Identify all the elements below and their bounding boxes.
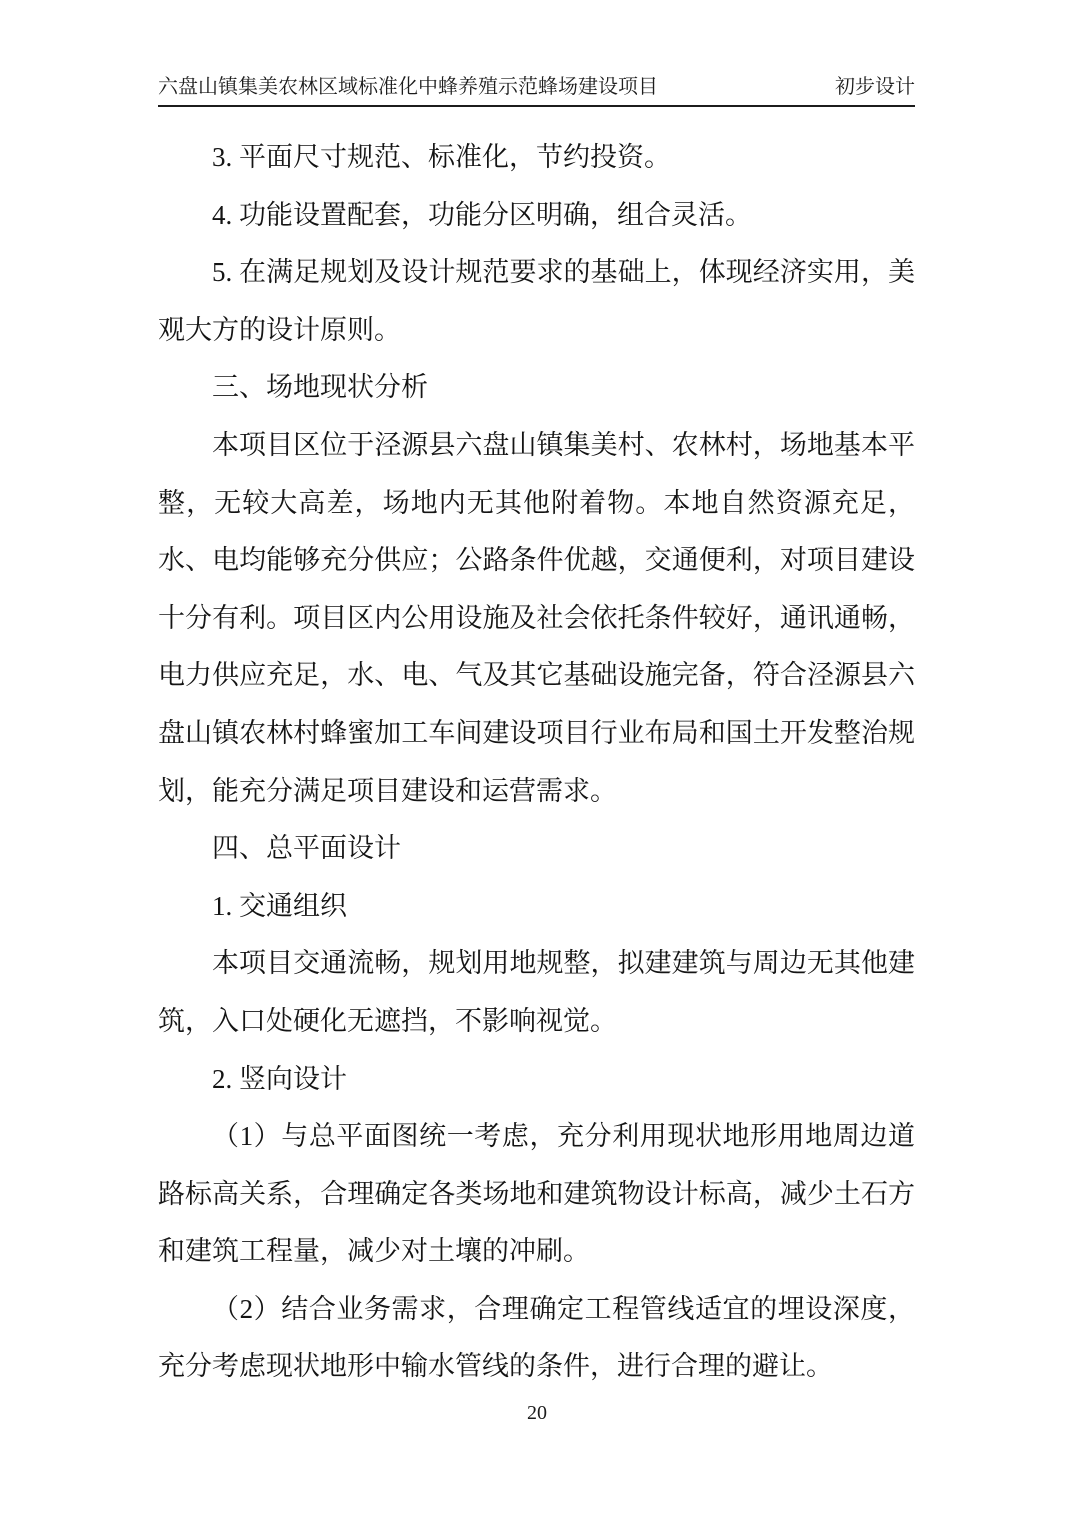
page-header: 六盘山镇集美农林区域标准化中蜂养殖示范蜂场建设项目 初步设计	[158, 74, 915, 107]
header-project-title: 六盘山镇集美农林区域标准化中蜂养殖示范蜂场建设项目	[158, 74, 658, 100]
body-paragraph: （2）结合业务需求，合理确定工程管线适宜的埋设深度，充分考虑现状地形中输水管线的…	[158, 1281, 915, 1396]
sub-heading: 2. 竖向设计	[158, 1051, 915, 1109]
body-paragraph: 本项目交通流畅，规划用地规整，拟建建筑与周边无其他建筑，入口处硬化无遮挡，不影响…	[158, 935, 915, 1050]
numbered-item: 3. 平面尺寸规范、标准化，节约投资。	[158, 129, 915, 187]
page-footer: 20	[0, 1402, 1074, 1425]
document-body: 3. 平面尺寸规范、标准化，节约投资。 4. 功能设置配套，功能分区明确，组合灵…	[158, 129, 915, 1396]
numbered-item: 5. 在满足规划及设计规范要求的基础上，体现经济实用，美观大方的设计原则。	[158, 244, 915, 359]
body-paragraph: （1）与总平面图统一考虑，充分利用现状地形用地周边道路标高关系，合理确定各类场地…	[158, 1108, 915, 1281]
section-heading: 三、场地现状分析	[158, 359, 915, 417]
document-page: 六盘山镇集美农林区域标准化中蜂养殖示范蜂场建设项目 初步设计 3. 平面尺寸规范…	[0, 0, 1074, 1520]
page-number: 20	[527, 1402, 547, 1424]
header-doc-type: 初步设计	[835, 74, 915, 100]
body-paragraph: 本项目区位于泾源县六盘山镇集美村、农林村，场地基本平整，无较大高差，场地内无其他…	[158, 417, 915, 820]
numbered-item: 4. 功能设置配套，功能分区明确，组合灵活。	[158, 187, 915, 245]
sub-heading: 1. 交通组织	[158, 878, 915, 936]
section-heading: 四、总平面设计	[158, 820, 915, 878]
